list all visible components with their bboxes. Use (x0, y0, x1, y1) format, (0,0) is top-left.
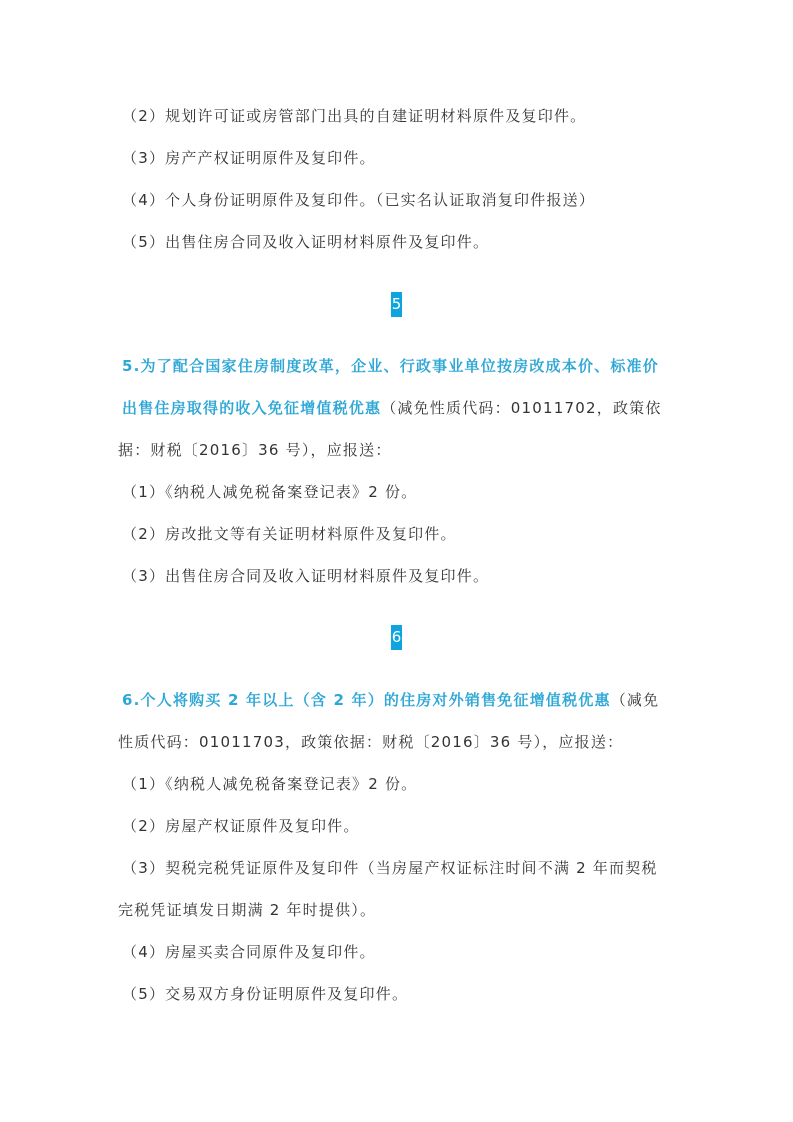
section-title-note: （减免性质代码：01011702，政策依 (381, 399, 661, 417)
list-item: （2）房屋产权证原件及复印件。 (122, 816, 360, 836)
list-item: （5）出售住房合同及收入证明材料原件及复印件。 (122, 232, 489, 252)
section-number-badge: 5 (391, 292, 402, 317)
section-title-line: 出售住房取得的收入免征增值税优惠（减免性质代码：01011702，政策依 (122, 398, 662, 418)
section-title-bold: 6.个人将购买 2 年以上（含 2 年）的住房对外销售免征增值税优惠 (122, 691, 611, 709)
section-title: 5.为了配合国家住房制度改革，企业、行政事业单位按房改成本价、标准价 (122, 356, 659, 376)
list-item: （3）房产产权证明原件及复印件。 (122, 148, 376, 168)
section-title-line: 6.个人将购买 2 年以上（含 2 年）的住房对外销售免征增值税优惠（减免 (122, 690, 659, 710)
list-item: （3）出售住房合同及收入证明材料原件及复印件。 (122, 566, 489, 586)
list-item: （1）《纳税人减免税备案登记表》2 份。 (122, 774, 417, 794)
section-title-note: （减免 (611, 691, 660, 709)
list-item: （2）规划许可证或房管部门出具的自建证明材料原件及复印件。 (122, 106, 586, 126)
section-title-bold: 出售住房取得的收入免征增值税优惠 (122, 399, 381, 417)
section-title-note: 性质代码：01011703，政策依据：财税〔2016〕36 号），应报送： (118, 732, 623, 752)
list-item-continuation: 完税凭证填发日期满 2 年时提供）。 (118, 900, 376, 920)
list-item: （5）交易双方身份证明原件及复印件。 (122, 984, 408, 1004)
list-item: （3）契税完税凭证原件及复印件（当房屋产权证标注时间不满 2 年而契税 (122, 858, 658, 878)
list-item: （4）房屋买卖合同原件及复印件。 (122, 942, 376, 962)
list-item: （1）《纳税人减免税备案登记表》2 份。 (122, 482, 417, 502)
list-item: （4）个人身份证明原件及复印件。（已实名认证取消复印件报送） (122, 190, 595, 210)
section-number-badge: 6 (391, 625, 402, 650)
list-item: （2）房改批文等有关证明材料原件及复印件。 (122, 524, 457, 544)
section-title-note: 据：财税〔2016〕36 号），应报送： (118, 440, 392, 460)
